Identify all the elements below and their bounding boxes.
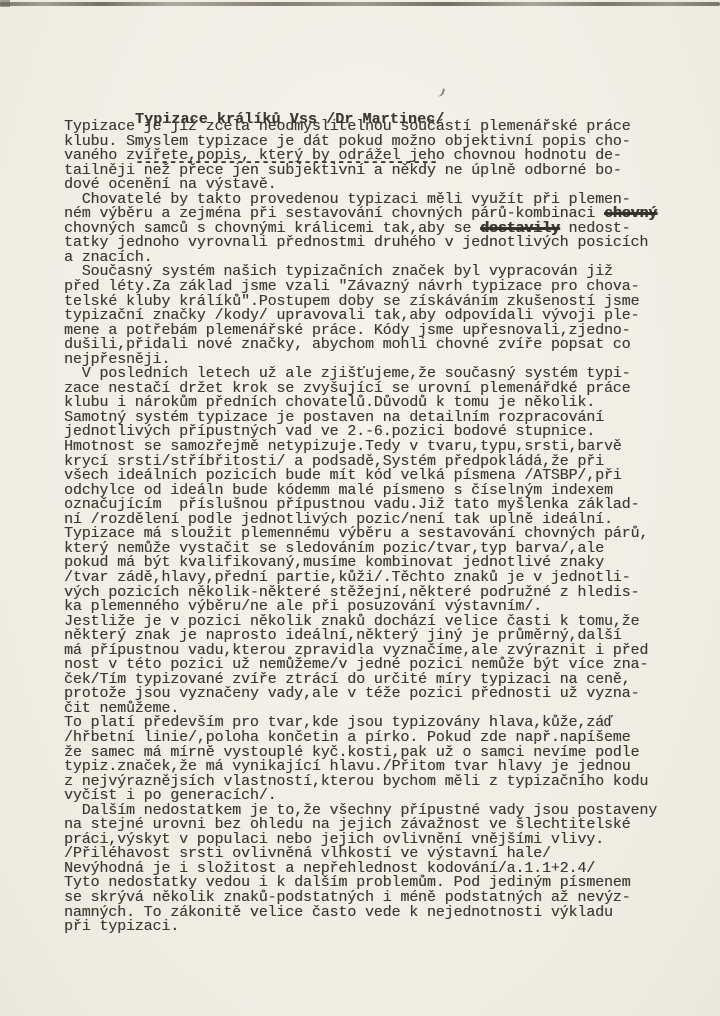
document-body: Typizace je již zcela neodmyslitelnou so… bbox=[64, 120, 704, 935]
paragraph-2-segment-pre: Chovatelé by takto provedenou typizaci m… bbox=[64, 191, 631, 223]
paragraph-5: Dalším nedostatkem je to,že všechny příp… bbox=[64, 804, 704, 935]
scan-edge-artifact bbox=[0, 2, 720, 6]
paragraph-2: Chovatelé by takto provedenou typizaci m… bbox=[64, 193, 704, 266]
scanned-document-page: Typizace králíků Vss /Dr Martinec/ -----… bbox=[0, 0, 720, 1016]
paragraph-3: Současný systém našich typizačních znače… bbox=[64, 265, 704, 367]
scan-corner-artifact bbox=[0, 0, 10, 7]
paragraph-4: V posledních letech už ale zjišťujeme,že… bbox=[64, 367, 704, 803]
paragraph-1: Typizace je již zcela neodmyslitelnou so… bbox=[64, 120, 704, 193]
